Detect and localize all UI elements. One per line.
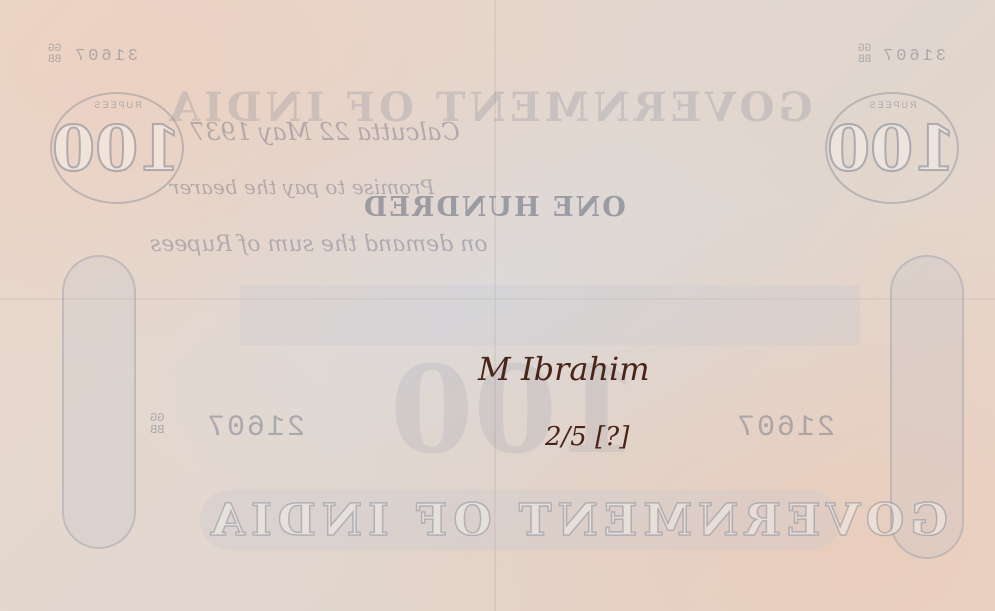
denomination-oval-right: RUPEES 100 [825,92,959,204]
banknote-reverse: GG BB 31607 GG BB 31607 GG BB 21607 2160… [0,0,995,611]
serial-number-top-left: 31607 [72,47,138,66]
script-line-sum: on demand the sum of Rupees [150,232,488,257]
serial-number-mid-right: 21607 [735,411,835,445]
script-line-date: Calcutta 22 May 1937 [190,118,460,146]
serial-number-mid-left: 21607 [205,411,305,445]
ornament-left [62,255,136,549]
print-band-middle [240,285,860,345]
serial-prefix-top-right: GG BB [858,44,871,66]
handwritten-name: M Ibrahim [478,350,650,388]
issuer-title-bottom: GOVERNMENT OF INDIA [205,495,948,546]
denomination-words: ONE HUNDRED [362,192,626,223]
handwritten-date: 2/5 [?] [545,422,629,452]
serial-prefix-top-left: GG BB [48,44,61,66]
serial-prefix-mid-left: GG BB [150,412,164,436]
denomination-oval-left: RUPEES 100 [50,92,184,204]
serial-number-top-right: 31607 [880,47,946,66]
